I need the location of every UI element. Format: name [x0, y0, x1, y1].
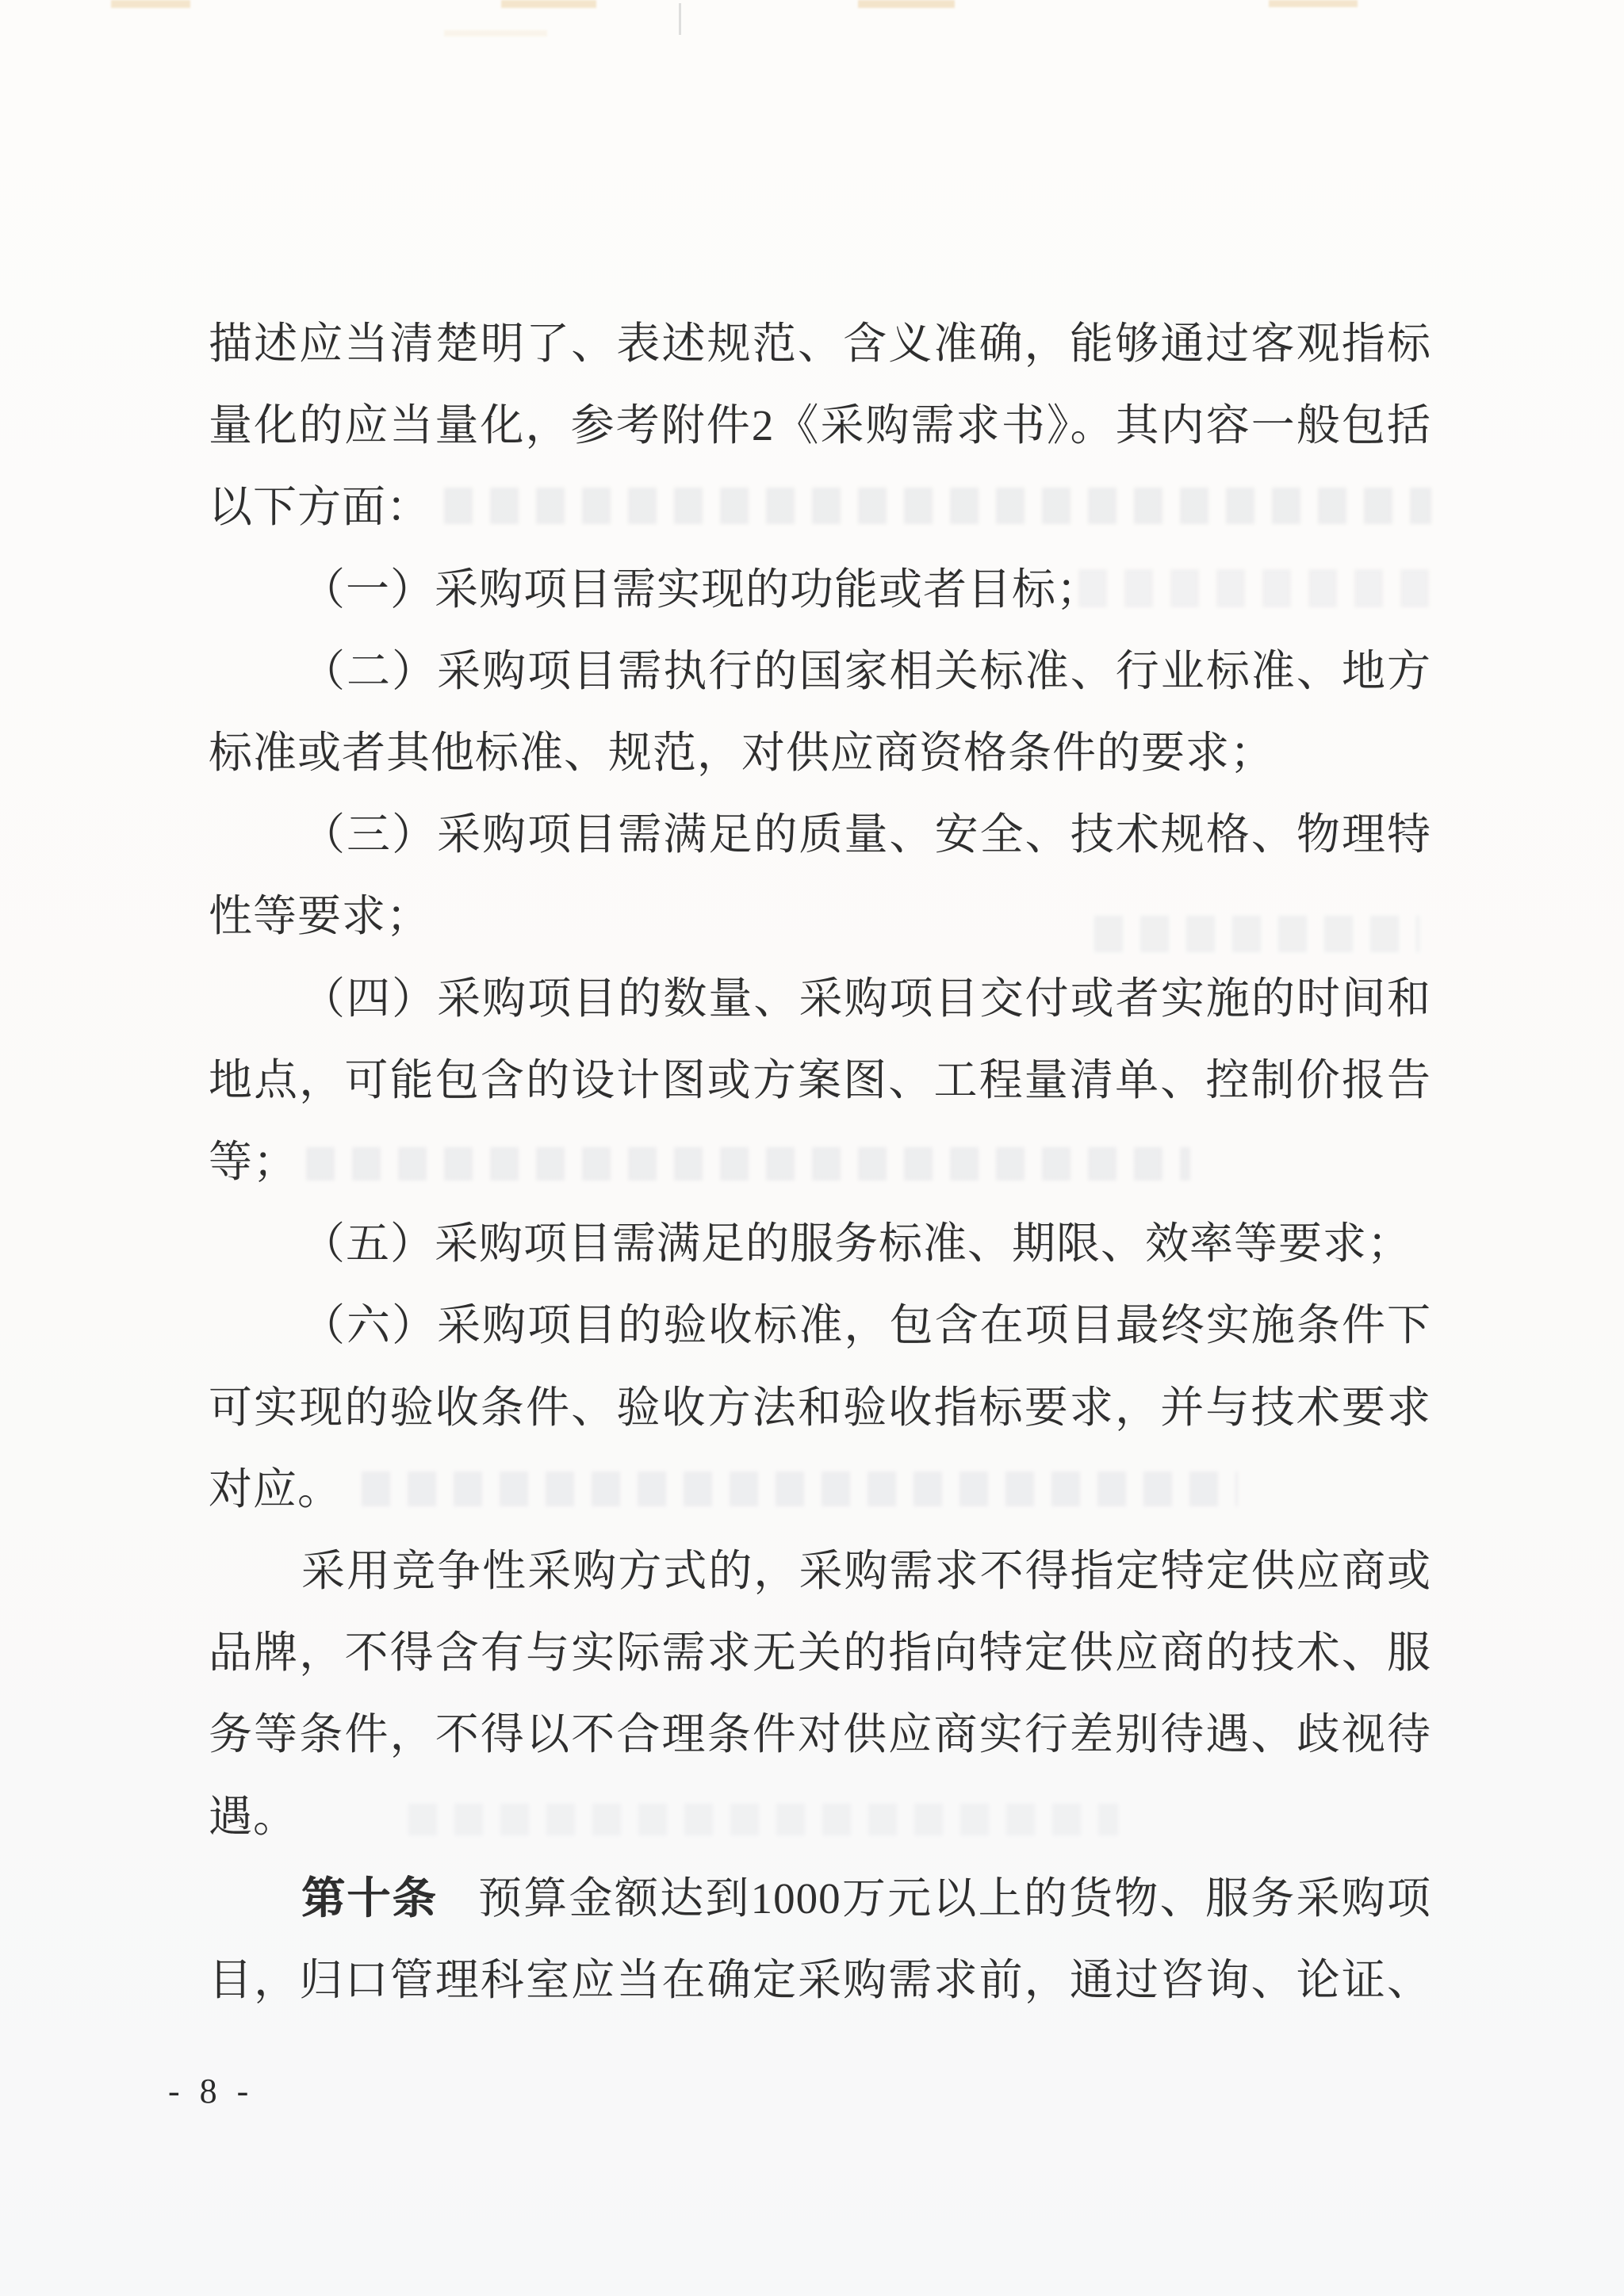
- article-number-label: 第十条: [301, 1874, 438, 1923]
- scanned-document-page: 描述应当清楚明了、表述规范、含义准确，能够通过客观指标量化的应当量化，参考附件2…: [0, 0, 1624, 2296]
- text-line: 描述应当清楚明了、表述规范、含义准确，能够通过客观指标: [209, 320, 1431, 369]
- text-line: 品牌，不得含有与实际需求无关的指向特定供应商的技术、服: [209, 1628, 1431, 1678]
- text-line: 地点，可能包含的设计图或方案图、工程量清单、控制价报告: [209, 1056, 1431, 1105]
- text-line: 等；: [209, 1138, 1431, 1187]
- text-line: 标准或者其他标准、规范，对供应商资格条件的要求；: [209, 729, 1431, 778]
- text-line: 务等条件，不得以不合理条件对供应商实行差别待遇、歧视待: [209, 1710, 1431, 1759]
- text-line: 第十条预算金额达到1000万元以上的货物、服务采购项: [301, 1874, 1431, 1923]
- text-line: （四）采购项目的数量、采购项目交付或者实施的时间和: [301, 974, 1431, 1024]
- text-line: 量化的应当量化，参考附件2《采购需求书》。其内容一般包括: [209, 401, 1431, 450]
- scan-artifact: [679, 3, 681, 35]
- text-line: （三）采购项目需满足的质量、安全、技术规格、物理特: [301, 810, 1431, 859]
- scan-artifact: [444, 30, 547, 36]
- text-line: 目，归口管理科室应当在确定采购需求前，通过咨询、论证、: [209, 1956, 1431, 2005]
- page-number: - 8 -: [168, 2071, 254, 2111]
- text-line: （一）采购项目需实现的功能或者目标；: [301, 565, 1431, 614]
- text-line: 采用竞争性采购方式的，采购需求不得指定特定供应商或: [301, 1547, 1431, 1596]
- text-line: （六）采购项目的验收标准，包含在项目最终实施条件下: [301, 1301, 1431, 1350]
- scan-artifact: [501, 0, 596, 8]
- text-line: （二）采购项目需执行的国家相关标准、行业标准、地方: [301, 647, 1431, 696]
- text-line: 遇。: [209, 1793, 1431, 1842]
- scan-artifact: [111, 0, 190, 8]
- text-line: 对应。: [209, 1465, 1431, 1514]
- text-line: （五）采购项目需满足的服务标准、期限、效率等要求；: [301, 1219, 1431, 1269]
- text-line: 性等要求；: [209, 892, 1431, 941]
- text-line: 可实现的验收条件、验收方法和验收指标要求，并与技术要求: [209, 1383, 1431, 1433]
- text-line: 以下方面：: [209, 483, 1431, 532]
- scan-artifact: [858, 0, 955, 8]
- line-text: 预算金额达到1000万元以上的货物、服务采购项: [477, 1874, 1431, 1923]
- scan-artifact: [1269, 0, 1358, 7]
